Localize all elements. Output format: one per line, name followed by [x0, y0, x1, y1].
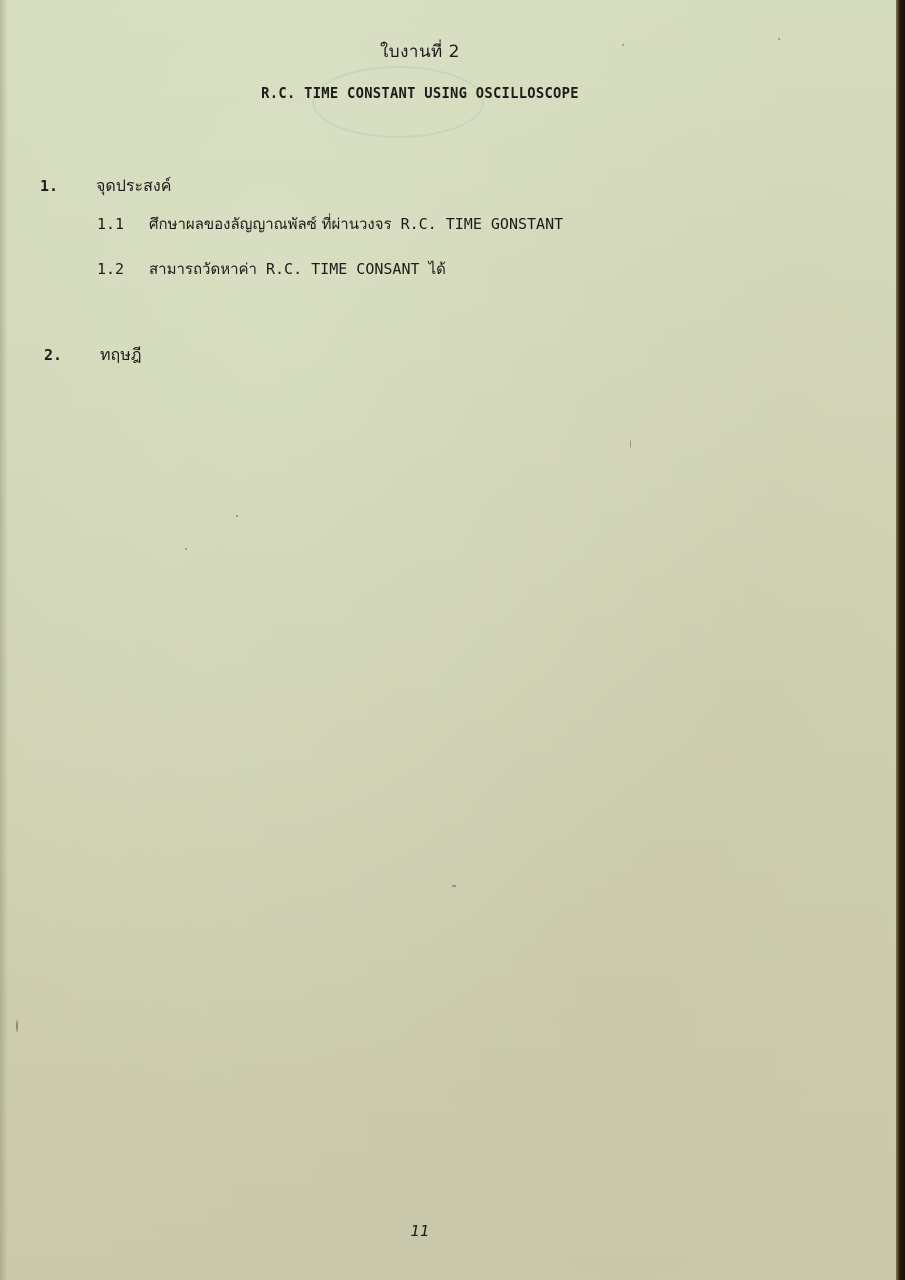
section-number: 2.: [44, 346, 100, 364]
worksheet-title: ใบงานที่ 2: [0, 38, 840, 65]
paper-speck: [778, 38, 780, 40]
page-edge-shadow: [896, 0, 905, 1280]
item-text-suffix: ได้: [429, 260, 446, 278]
item-text-english: R.C. TIME GONSTANT: [401, 215, 564, 233]
page-binding-shadow: [0, 0, 8, 1280]
page-number: 11: [0, 1222, 840, 1240]
scanned-page: ใบงานที่ 2 R.C. TIME CONSTANT USING OSCI…: [0, 0, 896, 1280]
item-text-thai: ศึกษาผลของลัญญาณพัลซ์ ที่ผ่านวงจร: [149, 215, 392, 233]
section-heading: จุดประสงค์: [96, 176, 171, 195]
item-number: 1.1: [97, 215, 149, 233]
paper-speck: [452, 885, 456, 887]
worksheet-subtitle: R.C. TIME CONSTANT USING OSCILLOSCOPE: [34, 84, 807, 102]
faded-stamp-mark: [312, 66, 484, 138]
section-number: 1.: [40, 177, 96, 195]
objective-item: 1.2สามารถวัดหาค่า R.C. TIME CONSANT ได้: [97, 257, 446, 281]
item-text-english: R.C. TIME CONSANT: [266, 260, 420, 278]
paper-speck: [16, 1020, 18, 1032]
paper-speck: [630, 440, 631, 448]
paper-speck: [622, 44, 624, 46]
objective-item: 1.1ศึกษาผลของลัญญาณพัลซ์ ที่ผ่านวงจร R.C…: [97, 212, 563, 236]
paper-speck: [185, 548, 187, 550]
item-text-thai: สามารถวัดหาค่า: [149, 260, 257, 278]
section-heading: ทฤษฎี: [100, 345, 142, 364]
section-objectives: 1.จุดประสงค์: [40, 174, 171, 199]
item-number: 1.2: [97, 260, 149, 278]
section-theory: 2.ทฤษฎี: [44, 343, 142, 368]
paper-speck: [236, 515, 238, 517]
